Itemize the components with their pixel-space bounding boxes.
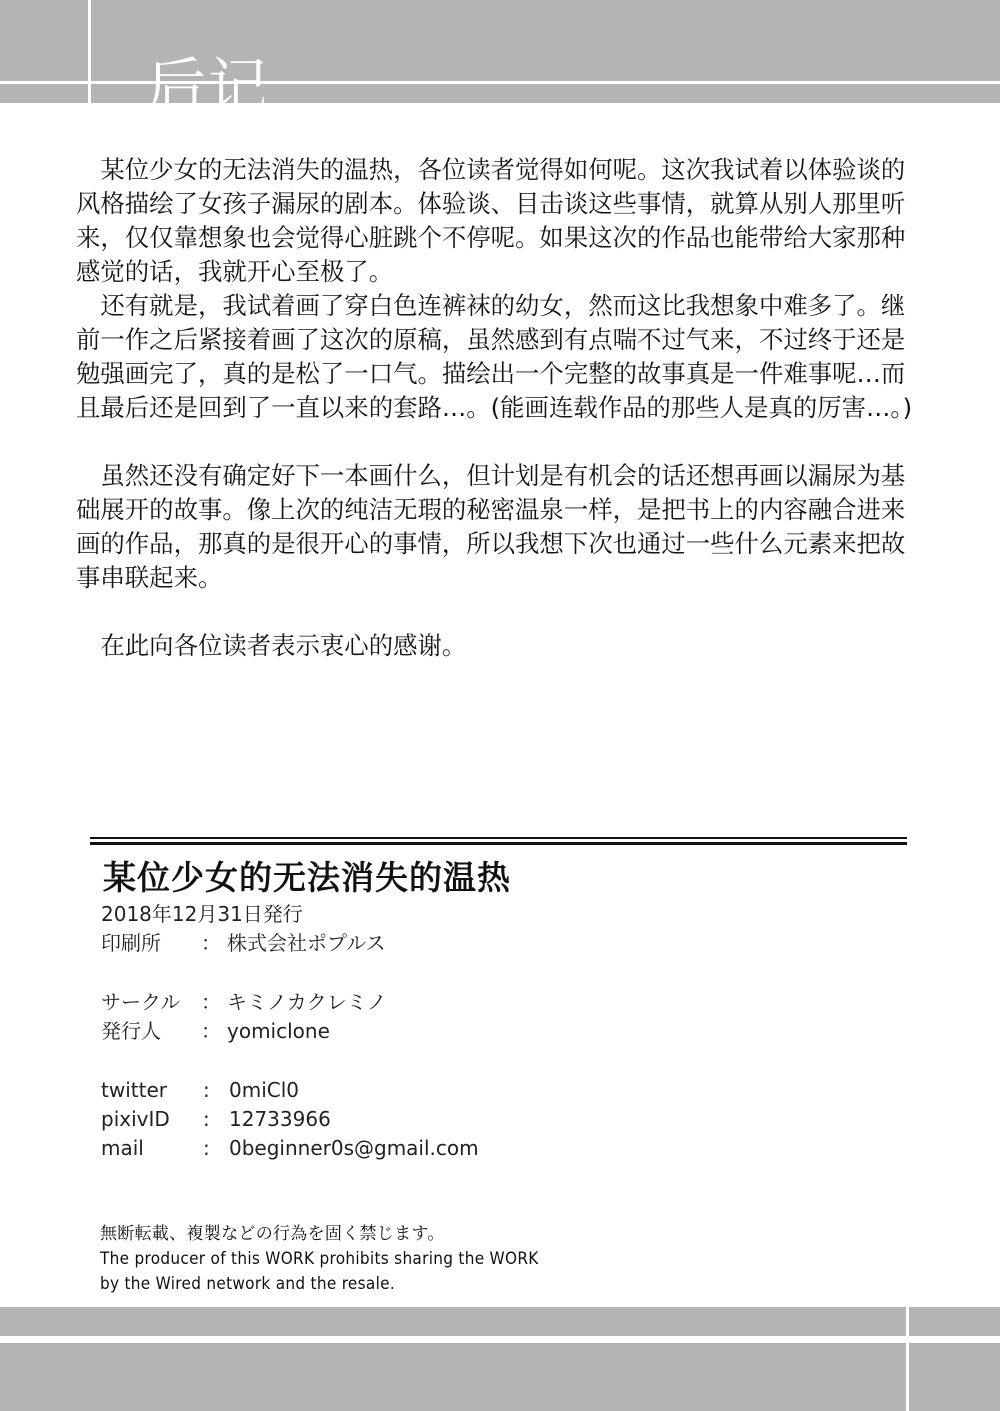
notice-en-line2: by the Wired network and the resale. — [100, 1272, 539, 1297]
publisher-label: 発行人 — [101, 1017, 201, 1046]
circle-row: サークル ： キミノカクレミノ — [101, 988, 387, 1017]
afterword-paragraph: 还有就是，我试着画了穿白色连裤袜的幼女，然而这比我想象中难多了。继前一作之后紧接… — [76, 289, 916, 425]
colophon-contacts: twitter : 0miCl0 pixivID : 12733966 mail… — [101, 1076, 479, 1163]
page-title: 后记 — [146, 54, 270, 120]
afterword-paragraph: 某位少女的无法消失的温热，各位读者觉得如何呢。这次我试着以体验谈的风格描绘了女孩… — [76, 153, 916, 289]
twitter-label: twitter — [101, 1076, 203, 1105]
colophon-rule-thin — [90, 837, 907, 839]
afterword-body: 某位少女的无法消失的温热，各位读者觉得如何呢。这次我试着以体验谈的风格描绘了女孩… — [76, 153, 916, 663]
printer-label: 印刷所 — [101, 929, 201, 958]
copyright-notice: 無断転載、複製などの行為を固く禁じます。 The producer of thi… — [100, 1222, 539, 1297]
printer-sep: ： — [201, 929, 227, 958]
twitter-sep: : — [203, 1076, 229, 1105]
mail-label: mail — [101, 1134, 203, 1163]
printer-row: 印刷所 ： 株式会社ポプルス — [101, 929, 386, 958]
publish-date: 2018年12月31日発行 — [101, 900, 386, 929]
twitter-row: twitter : 0miCl0 — [101, 1076, 479, 1105]
footer-band-lower — [0, 1343, 1000, 1411]
pixiv-row: pixivID : 12733966 — [101, 1105, 479, 1134]
colophon-circle: サークル ： キミノカクレミノ 発行人 ： yomiclone — [101, 988, 387, 1046]
publisher-value: yomiclone — [227, 1017, 330, 1046]
header-vertical-divider — [88, 0, 91, 103]
circle-sep: ： — [201, 988, 227, 1017]
mail-sep: : — [203, 1134, 229, 1163]
colophon-rule-thick — [90, 842, 907, 845]
circle-value: キミノカクレミノ — [227, 988, 387, 1017]
notice-en-line1: The producer of this WORK prohibits shar… — [100, 1247, 539, 1272]
footer-vertical-divider — [906, 1302, 909, 1411]
colophon-title: 某位少女的无法消失的温热 — [103, 856, 511, 900]
mail-row: mail : 0beginner0s@gmail.com — [101, 1134, 479, 1163]
afterword-paragraph: 虽然还没有确定好下一本画什么，但计划是有机会的话还想再画以漏尿为基础展开的故事。… — [76, 459, 916, 595]
publisher-sep: ： — [201, 1017, 227, 1046]
mail-value[interactable]: 0beginner0s@gmail.com — [229, 1134, 479, 1163]
publisher-row: 発行人 ： yomiclone — [101, 1017, 387, 1046]
afterword-paragraph: 在此向各位读者表示衷心的感谢。 — [76, 629, 916, 663]
printer-value: 株式会社ポプルス — [227, 929, 386, 958]
footer-band-upper — [0, 1307, 1000, 1336]
notice-jp: 無断転載、複製などの行為を固く禁じます。 — [100, 1222, 539, 1247]
pixiv-label: pixivID — [101, 1105, 203, 1134]
pixiv-value[interactable]: 12733966 — [229, 1105, 331, 1134]
pixiv-sep: : — [203, 1105, 229, 1134]
twitter-value[interactable]: 0miCl0 — [229, 1076, 299, 1105]
colophon-publication: 2018年12月31日発行 印刷所 ： 株式会社ポプルス — [101, 900, 386, 958]
publish-date-value: 2018年12月31日発行 — [101, 900, 303, 929]
circle-label: サークル — [101, 988, 201, 1017]
